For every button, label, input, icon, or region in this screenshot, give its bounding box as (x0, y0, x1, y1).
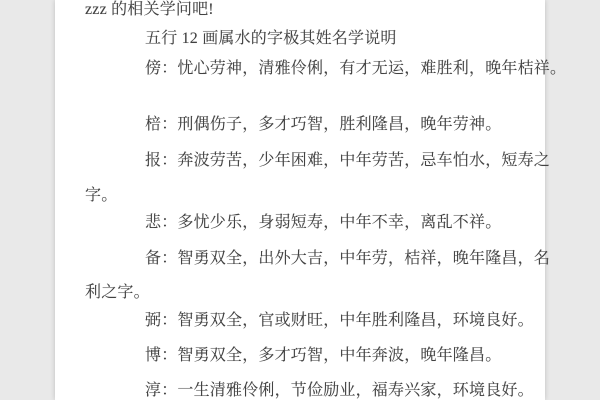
continuation-line-2: 利之字。 (85, 283, 150, 303)
entry-line-bao: 报：奔波劳苦，少年困难，中年劳苦，忌车怕水，短寿之 (145, 151, 550, 171)
page-background: zzz 的相关学问吧! 五行 12 画属水的字极其姓名学说明 傍：忧心劳神，清雅… (0, 0, 600, 400)
entry-line-bang1: 傍：忧心劳神，清雅伶俐，有才无运，难胜利，晚年桔祥。 (145, 59, 566, 79)
entry-line-bei1: 悲：多忧少乐，身弱短寿，中年不幸，离乱不祥。 (145, 213, 501, 233)
entry-line-chun: 淳：一生清雅伶俐，节俭励业，福寿兴家，环境良好。 (145, 381, 534, 400)
continuation-line-1: 字。 (85, 186, 117, 206)
entry-line-bo: 博：智勇双全，多才巧智，中年奔波，晚年隆昌。 (145, 346, 501, 366)
doc-title: 五行 12 画属水的字极其姓名学说明 (145, 29, 397, 49)
entry-line-bang2: 棓：刑偶伤子，多才巧智，胜利隆昌，晚年劳神。 (145, 115, 501, 135)
intro-line: zzz 的相关学问吧! (85, 0, 214, 20)
entry-line-bi: 弼：智勇双全，官或财旺，中年胜利隆昌，环境良好。 (145, 311, 534, 331)
document-page: zzz 的相关学问吧! 五行 12 画属水的字极其姓名学说明 傍：忧心劳神，清雅… (55, 0, 545, 400)
entry-line-bei2: 备：智勇双全，出外大吉，中年劳，桔祥，晚年隆昌，名 (145, 249, 550, 269)
